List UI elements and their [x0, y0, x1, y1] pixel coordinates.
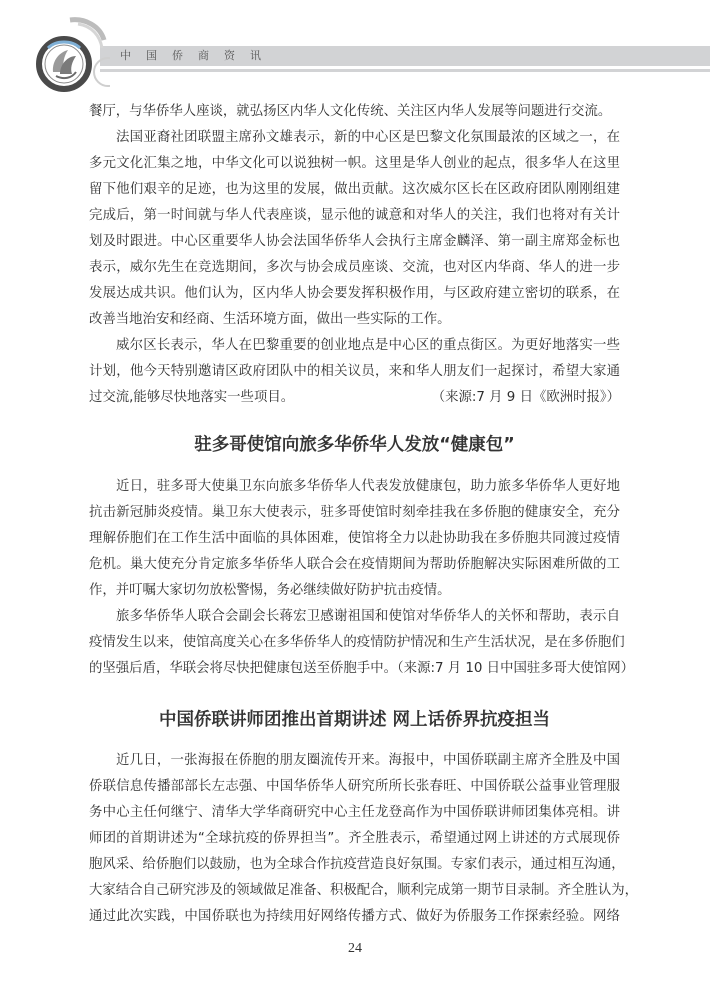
article-3-title: 中国侨联讲师团推出首期讲述 网上话侨界抗疫担当: [89, 707, 620, 733]
header-stripe: [100, 69, 710, 72]
association-seal-logo-icon: [30, 14, 110, 94]
paragraph-line: 的坚强后盾，华联会将尽快把健康包送至侨胞手中。（来源:7 月 10 日中国驻多哥…: [89, 656, 620, 682]
paragraph-line: 改善当地治安和经商、生活环境方面，做出一些实际的工作。: [89, 307, 620, 333]
paragraph-line: 疫情发生以来，使馆高度关心在多华侨华人的疫情防护情况和生产生活状况，是在多侨胞们: [89, 630, 620, 656]
article-2-title: 驻多哥使馆向旅多华侨华人发放“健康包”: [89, 432, 620, 458]
paragraph-line: 多元文化汇集之地，中华文化可以说独树一帜。这里是华人创业的起点，很多华人在这里: [89, 151, 620, 177]
paragraph-line: 划及时跟进。中心区重要华人协会法国华侨华人会执行主席金麟泽、第一副主席郑金标也: [89, 229, 620, 255]
paragraph-line: 旅多华侨华人联合会副会长蒋宏卫感谢祖国和使馆对华侨华人的关怀和帮助，表示自: [89, 604, 620, 630]
paragraph-line: 通过此次实践，中国侨联也为持续用好网络传播方式、做好为侨服务工作探索经验。网络: [89, 904, 620, 930]
paragraph-line: 威尔区长表示，华人在巴黎重要的创业地点是中心区的重点街区。为更好地落实一些: [89, 333, 620, 359]
paragraph-line-text: 过交流,能够尽快地落实一些项目。: [89, 390, 294, 405]
paragraph-line: 务中心主任何继宁、清华大学华商研究中心主任龙登高作为中国侨联讲师团集体亮相。讲: [89, 800, 620, 826]
paragraph-line: 大家结合自己研究涉及的领域做足准备、积极配合，顺利完成第一期节目录制。齐全胜认为…: [89, 878, 620, 904]
paragraph-line: 留下他们艰辛的足迹，也为这里的发展，做出贡献。这次威尔区长在区政府团队刚刚组建: [89, 177, 620, 203]
paragraph-line: 餐厅，与华侨华人座谈，就弘扬区内华人文化传统、关注区内华人发展等问题进行交流。: [89, 99, 620, 125]
paragraph-line: 理解侨胞们在工作生活中面临的具体困难，使馆将全力以赴协助我在多侨胞共同渡过疫情: [89, 526, 620, 552]
running-header-title: 中国侨商资讯: [120, 47, 276, 65]
paragraph-line: 侨联信息传播部部长左志强、中国华侨华人研究所所长张春旺、中国侨联公益事业管理服: [89, 774, 620, 800]
paragraph-line-with-source: 过交流,能够尽快地落实一些项目。 （来源:7 月 9 日《欧洲时报》）: [89, 385, 620, 411]
paragraph-line: 危机。巢大使充分肯定旅多华侨华人联合会在疫情期间为帮助侨胞解决实际困难所做的工: [89, 552, 620, 578]
source-citation: （来源:7 月 9 日《欧洲时报》）: [432, 385, 620, 411]
paragraph-line: 胞风采、给侨胞们以鼓励，也为全球合作抗疫营造良好氛围。专家们表示，通过相互沟通，: [89, 852, 620, 878]
paragraph-line: 作，并叮嘱大家切勿放松警惕，务必继续做好防护抗击疫情。: [89, 578, 620, 604]
page-number: 24: [0, 941, 710, 957]
paragraph-line: 法国亚裔社团联盟主席孙文雄表示，新的中心区是巴黎文化氛围最浓的区域之一，在: [89, 125, 620, 151]
paragraph-line: 表示，威尔先生在竞选期间，多次与协会成员座谈、交流，也对区内华商、华人的进一步: [89, 255, 620, 281]
paragraph-line: 师团的首期讲述为“全球抗疫的侨界担当”。齐全胜表示，希望通过网上讲述的方式展现侨: [89, 826, 620, 852]
paragraph-line: 抗击新冠肺炎疫情。巢卫东大使表示，驻多哥使馆时刻牵挂我在多侨胞的健康安全，充分: [89, 500, 620, 526]
paragraph-line: 计划，他今天特别邀请区政府团队中的相关议员，来和华人朋友们一起探讨，希望大家通: [89, 359, 620, 385]
paragraph-line: 近日，驻多哥大使巢卫东向旅多华侨华人代表发放健康包，助力旅多华侨华人更好地: [89, 474, 620, 500]
paragraph-line: 近几日，一张海报在侨胞的朋友圈流传开来。海报中，中国侨联副主席齐全胜及中国: [89, 748, 620, 774]
paragraph-line: 发展达成共识。他们认为，区内华人协会要发挥积极作用，与区政府建立密切的联系，在: [89, 281, 620, 307]
paragraph-line: 完成后，第一时间就与华人代表座谈，显示他的诚意和对华人的关注，我们也将对有关计: [89, 203, 620, 229]
